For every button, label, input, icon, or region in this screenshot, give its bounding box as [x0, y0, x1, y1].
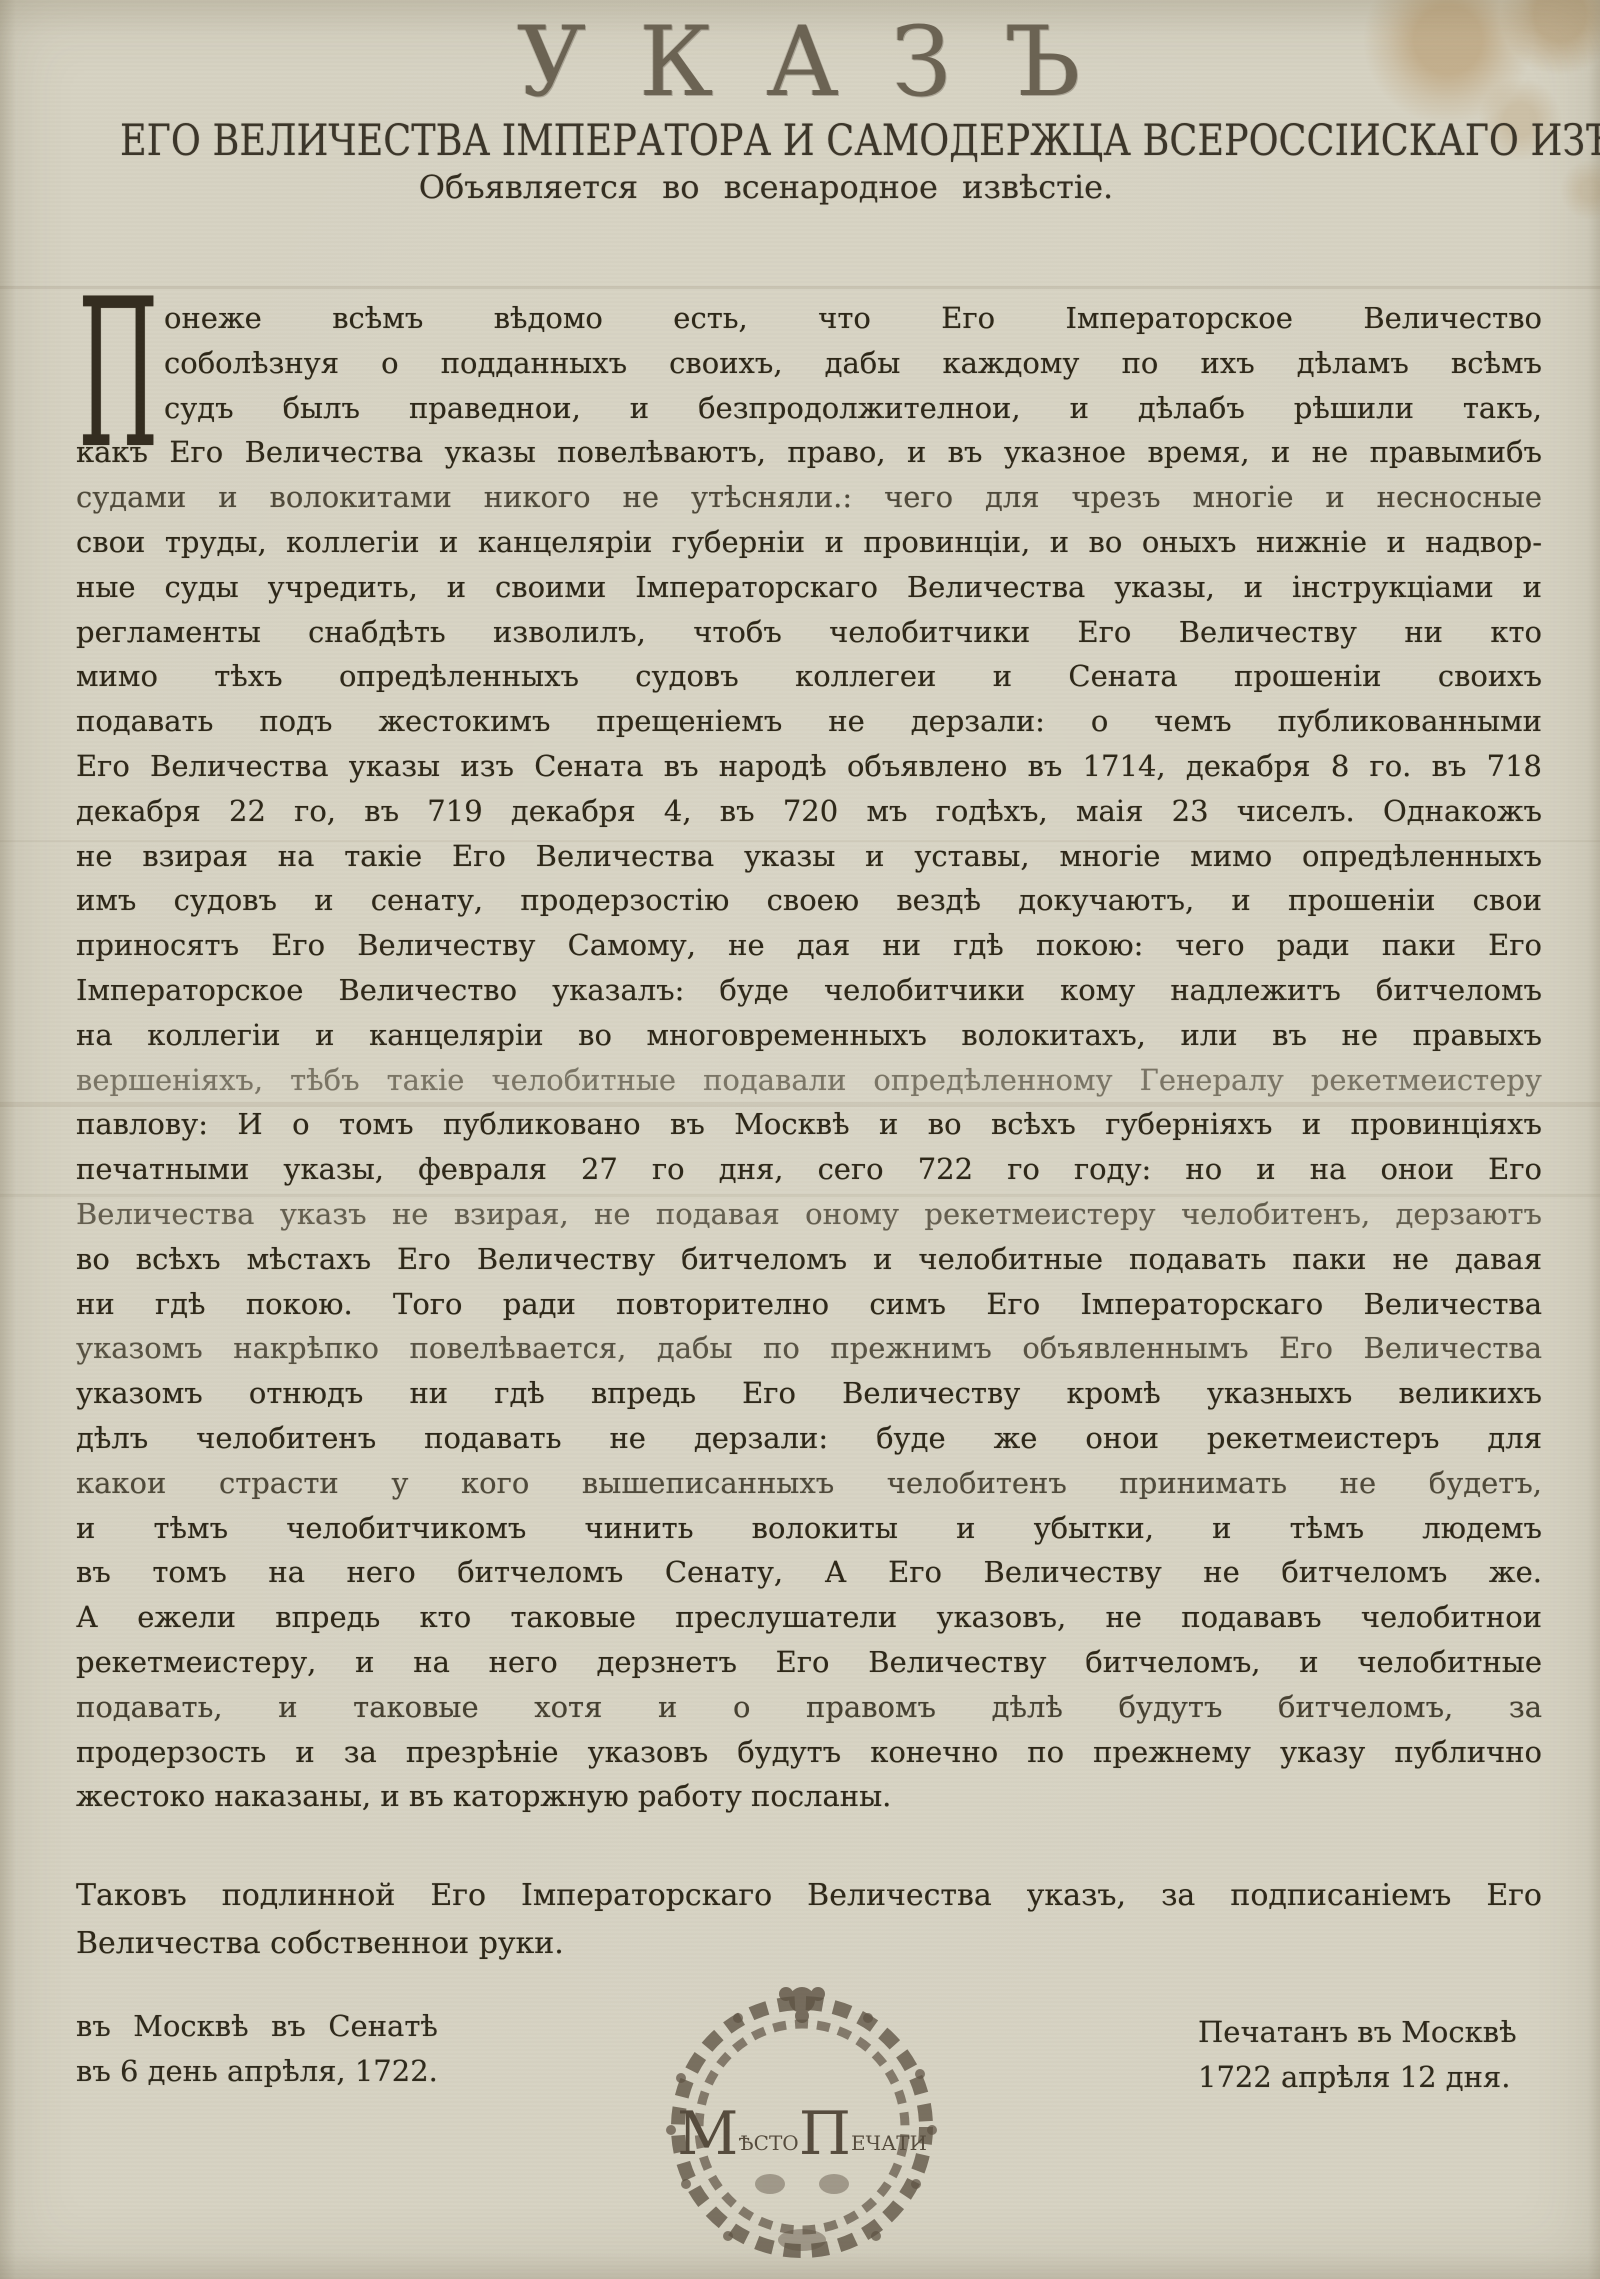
text-line: указомъ накрѣпко повелѣвается, дабы по п…	[76, 1326, 1542, 1371]
text-line: продерзость и за презрѣніе указовъ будут…	[76, 1730, 1542, 1775]
text-line: соболѣзнуя о подданныхъ своихъ, дабы каж…	[76, 341, 1542, 386]
text-line: Імператорское Величество указалъ: буде ч…	[76, 968, 1542, 1013]
text-line: павлову: И о томъ публиковано въ Москвѣ …	[76, 1102, 1542, 1147]
text-line: Величества указъ не взирая, не подавая о…	[76, 1192, 1542, 1237]
text-line: свои труды, коллегіи и канцеляріи губерн…	[76, 520, 1542, 565]
text-line: печатными указы, февраля 27 го дня, сего…	[76, 1147, 1542, 1192]
text-line: приносятъ Его Величеству Самому, не дая …	[76, 923, 1542, 968]
text-line: мимо тѣхъ опредѣленныхъ судовъ коллегеи …	[76, 654, 1542, 699]
decree-proclamation-line: Объявляется во всенародное извѣстіе.	[0, 168, 1600, 206]
text-line: судами и волокитами никого не утѣсняли.:…	[76, 475, 1542, 520]
decree-title: УКАЗЪ	[0, 6, 1600, 118]
text-line: Его Величества указы изъ Сената въ народ…	[76, 744, 1542, 789]
text-line: и тѣмъ челобитчикомъ чинить волокиты и у…	[76, 1506, 1542, 1551]
text-line: онеже всѣмъ вѣдомо есть, что Его Імперат…	[76, 296, 1542, 341]
decree-body-paragraph-1: онеже всѣмъ вѣдомо есть, что Его Імперат…	[76, 296, 1542, 1819]
text-line: ные суды учредить, и своими Імператорска…	[76, 565, 1542, 610]
text-line: имъ судовъ и сенату, продерзостію своею …	[76, 878, 1542, 923]
text-line: жестоко наказаны, и въ каторжную работу …	[76, 1774, 1542, 1819]
text-line: регламенты снабдѣть изволилъ, чтобъ чело…	[76, 610, 1542, 655]
text-line: подавать, и таковые хотя и о правомъ дѣл…	[76, 1685, 1542, 1730]
printed-place-date: Печатанъ въ Москвѣ1722 апрѣля 12 дня.	[1198, 2010, 1517, 2100]
text-line: указомъ отнюдъ ни гдѣ впредь Его Величес…	[76, 1371, 1542, 1416]
text-line: Величества собственнои руки.	[76, 1920, 1542, 1968]
text-line: въ томъ на него битчеломъ Сенату, А Его …	[76, 1550, 1542, 1595]
text-line: на коллегіи и канцеляріи во многовременн…	[76, 1013, 1542, 1058]
text-line: не взирая на такіе Его Величества указы …	[76, 834, 1542, 879]
seal-stamp: МѢСТОПЕЧАТИ	[656, 1978, 948, 2270]
text-line: Таковъ подлинной Его Імператорскаго Вели…	[76, 1872, 1542, 1920]
text-line: подавать подъ жестокимъ прещеніемъ не де…	[76, 699, 1542, 744]
text-line: рекетмеистеру, и на него дерзнетъ Его Ве…	[76, 1640, 1542, 1685]
text-line: ни гдѣ покою. Того ради повторително сим…	[76, 1282, 1542, 1327]
text-line: во всѣхъ мѣстахъ Его Величеству битчелом…	[76, 1237, 1542, 1282]
decree-body-paragraph-2: Таковъ подлинной Его Імператорскаго Вели…	[76, 1872, 1542, 1968]
issued-place-date: въ Москвѣ въ Сенатѣвъ 6 день апрѣля, 172…	[76, 2004, 438, 2094]
text-line: какои страсти у кого вышеписанныхъ челоб…	[76, 1461, 1542, 1506]
text-line: 1722 апрѣля 12 дня.	[1198, 2055, 1517, 2100]
document-page: УКАЗЪ ЕГО ВЕЛИЧЕСТВА ІМПЕРАТОРА И САМОДЕ…	[0, 0, 1600, 2279]
text-line: судъ былъ праведнои, и безпродолжителнои…	[76, 386, 1542, 431]
text-line: какъ Его Величества указы повелѣваютъ, п…	[76, 430, 1542, 475]
text-line: Печатанъ въ Москвѣ	[1198, 2010, 1517, 2055]
text-line: въ Москвѣ въ Сенатѣ	[76, 2004, 438, 2049]
text-line: декабря 22 го, въ 719 декабря 4, въ 720 …	[76, 789, 1542, 834]
seal-monogram: МѢСТОПЕЧАТИ	[677, 2099, 927, 2169]
text-line: дѣлъ челобитенъ подавать не дерзали: буд…	[76, 1416, 1542, 1461]
decree-subtitle: ЕГО ВЕЛИЧЕСТВА ІМПЕРАТОРА И САМОДЕРЖЦА В…	[120, 116, 1480, 166]
paper-crease	[0, 286, 1600, 289]
text-line: А ежели впредь кто таковые преслушатели …	[76, 1595, 1542, 1640]
text-line: въ 6 день апрѣля, 1722.	[76, 2049, 438, 2094]
text-line: вершеніяхъ, тѣбъ такіе челобитные подава…	[76, 1058, 1542, 1103]
